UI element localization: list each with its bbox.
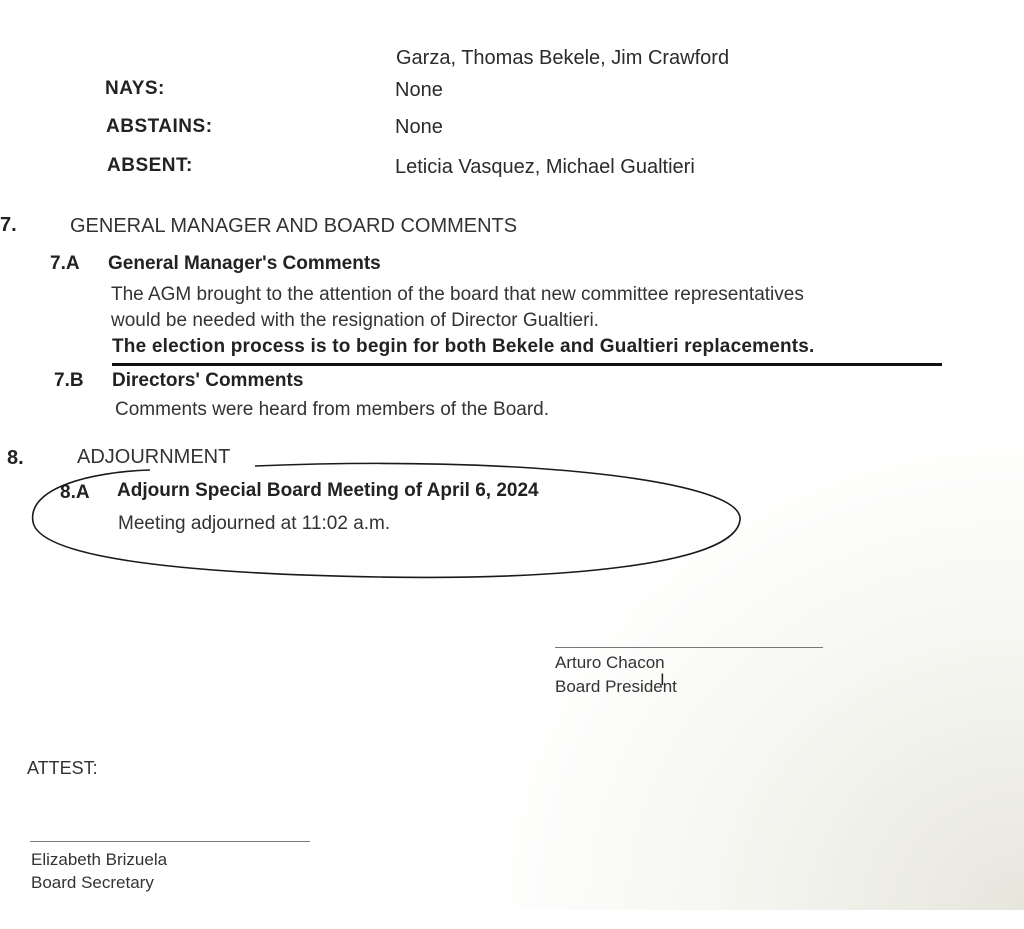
president-title: Board President (555, 677, 677, 697)
secretary-title: Board Secretary (31, 873, 154, 893)
text-cursor-icon: I (660, 670, 665, 689)
president-name: Arturo Chacon (555, 653, 665, 673)
secretary-name: Elizabeth Brizuela (31, 850, 167, 870)
president-signature-line (555, 647, 823, 648)
hand-drawn-ellipse-annotation (0, 0, 1024, 929)
attest-label: ATTEST: (27, 758, 98, 779)
secretary-signature-line (30, 841, 310, 842)
